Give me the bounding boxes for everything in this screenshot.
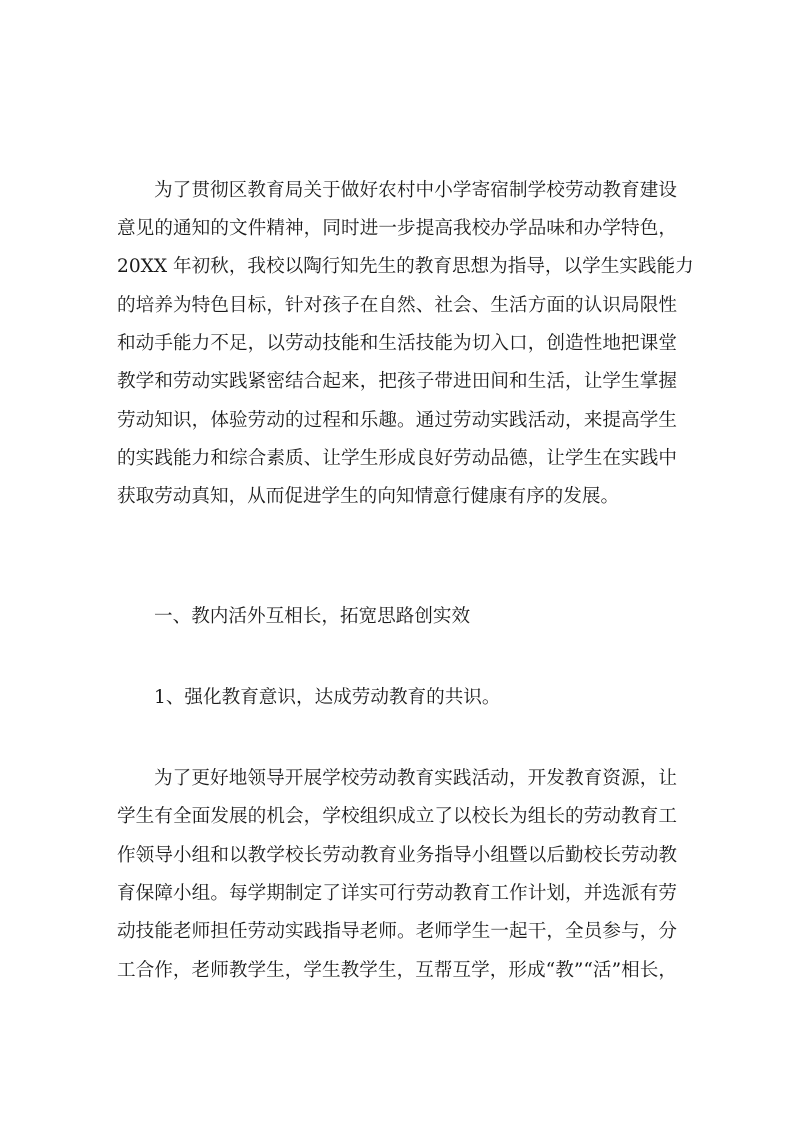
paragraph-line: 为了更好地领导开展学校劳动教育实践活动，开发教育资源，让 [154,767,677,791]
subsection-heading: 1、强化教育意识，达成劳动教育的共识。 [154,686,501,710]
paragraph-line: 为了贯彻区教育局关于做好农村中小学寄宿制学校劳动教育建设 [154,179,677,203]
document-page: 为了贯彻区教育局关于做好农村中小学寄宿制学校劳动教育建设 意见的通知的文件精神，… [0,0,793,1122]
paragraph-line: 动技能老师担任劳动实践指导老师。老师学生一起干，全员参与，分 [117,920,677,944]
paragraph-line: 的培养为特色目标，针对孩子在自然、社会、生活方面的认识局限性 [117,294,677,318]
section-heading: 一、教内活外互相长，拓宽思路创实效 [154,605,470,629]
paragraph-line: 20XX 年初秋，我校以陶行知先生的教育思想为指导，以学生实践能力 [117,255,677,279]
paragraph-line: 教学和劳动实践紧密结合起来，把孩子带进田间和生活，让学生掌握 [117,370,677,394]
paragraph-line: 意见的通知的文件精神，同时进一步提高我校办学品味和办学特色， [117,217,677,241]
paragraph-line: 作领导小组和以教学校长劳动教育业务指导小组暨以后勤校长劳动教 [117,844,677,868]
paragraph-line: 获取劳动真知，从而促进学生的向知情意行健康有序的发展。 [117,485,677,509]
paragraph-line: 工合作，老师教学生，学生教学生，互帮互学，形成“教”“活”相长， [117,959,677,983]
paragraph-line: 劳动知识，体验劳动的过程和乐趣。通过劳动实践活动，来提高学生 [117,409,677,433]
paragraph-line: 学生有全面发展的机会，学校组织成立了以校长为组长的劳动教育工 [117,805,677,829]
paragraph-line: 的实践能力和综合素质、让学生形成良好劳动品德，让学生在实践中 [117,447,677,471]
paragraph-line: 育保障小组。每学期制定了详实可行劳动教育工作计划，并选派有劳 [117,882,677,906]
paragraph-line: 和动手能力不足，以劳动技能和生活技能为切入口，创造性地把课堂 [117,332,677,356]
